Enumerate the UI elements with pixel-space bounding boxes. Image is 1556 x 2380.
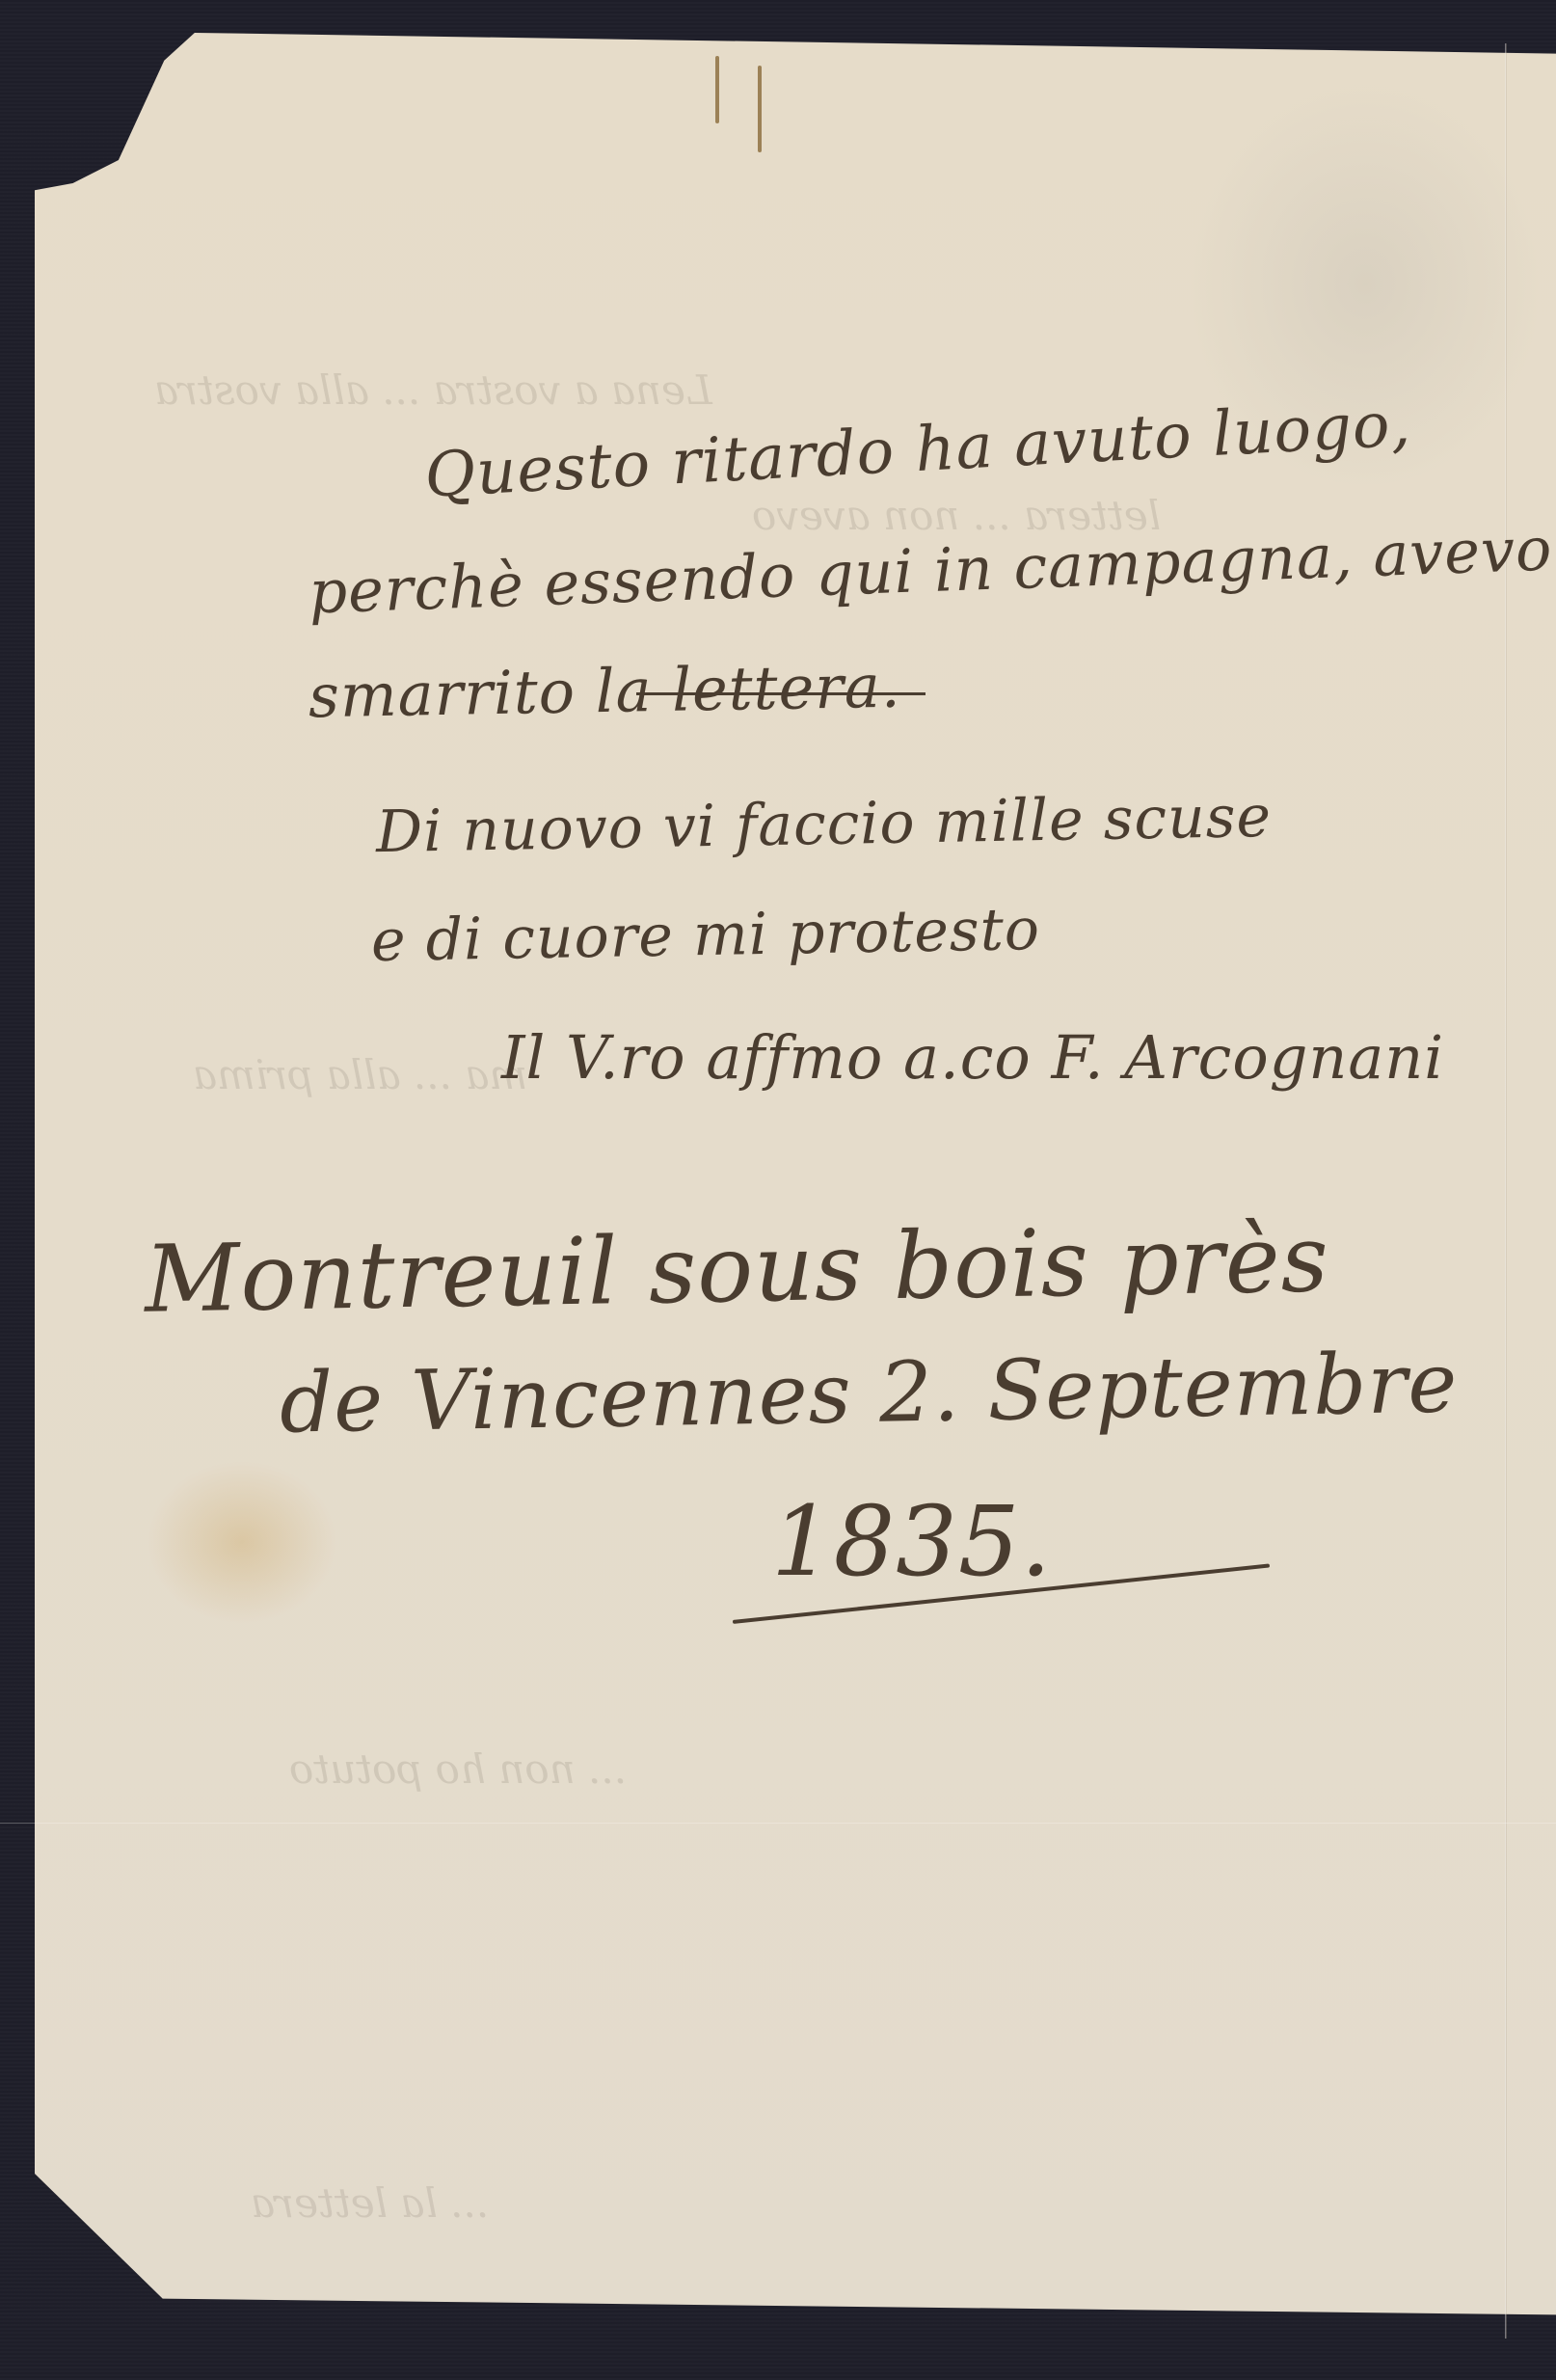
fold-line	[1505, 43, 1507, 2339]
year: 1835.	[771, 1485, 1052, 1598]
bleed-through-text: Lena a vostra ... alla vostra	[154, 366, 712, 414]
ink-mark	[758, 66, 762, 152]
place-line-2: de Vincennes 2. Septembre	[279, 1335, 1459, 1451]
bleed-through-text: ... la lettera	[251, 2179, 489, 2227]
ink-mark	[715, 56, 719, 123]
signature: Il V.ro affmo a.co F. Arcognani	[501, 1022, 1444, 1093]
letter-line-3: smarrito la lettera.	[308, 651, 901, 732]
strike-through	[636, 692, 926, 695]
letter-line-5: e di cuore mi protesto	[370, 896, 1040, 975]
place-line-1: Montreuil sous bois près	[144, 1204, 1330, 1333]
bleed-through-text: ma ... alla prima	[193, 1051, 527, 1098]
paper-crease	[0, 1823, 1556, 1824]
bleed-through-text: ... non ho potuto	[289, 1745, 627, 1793]
